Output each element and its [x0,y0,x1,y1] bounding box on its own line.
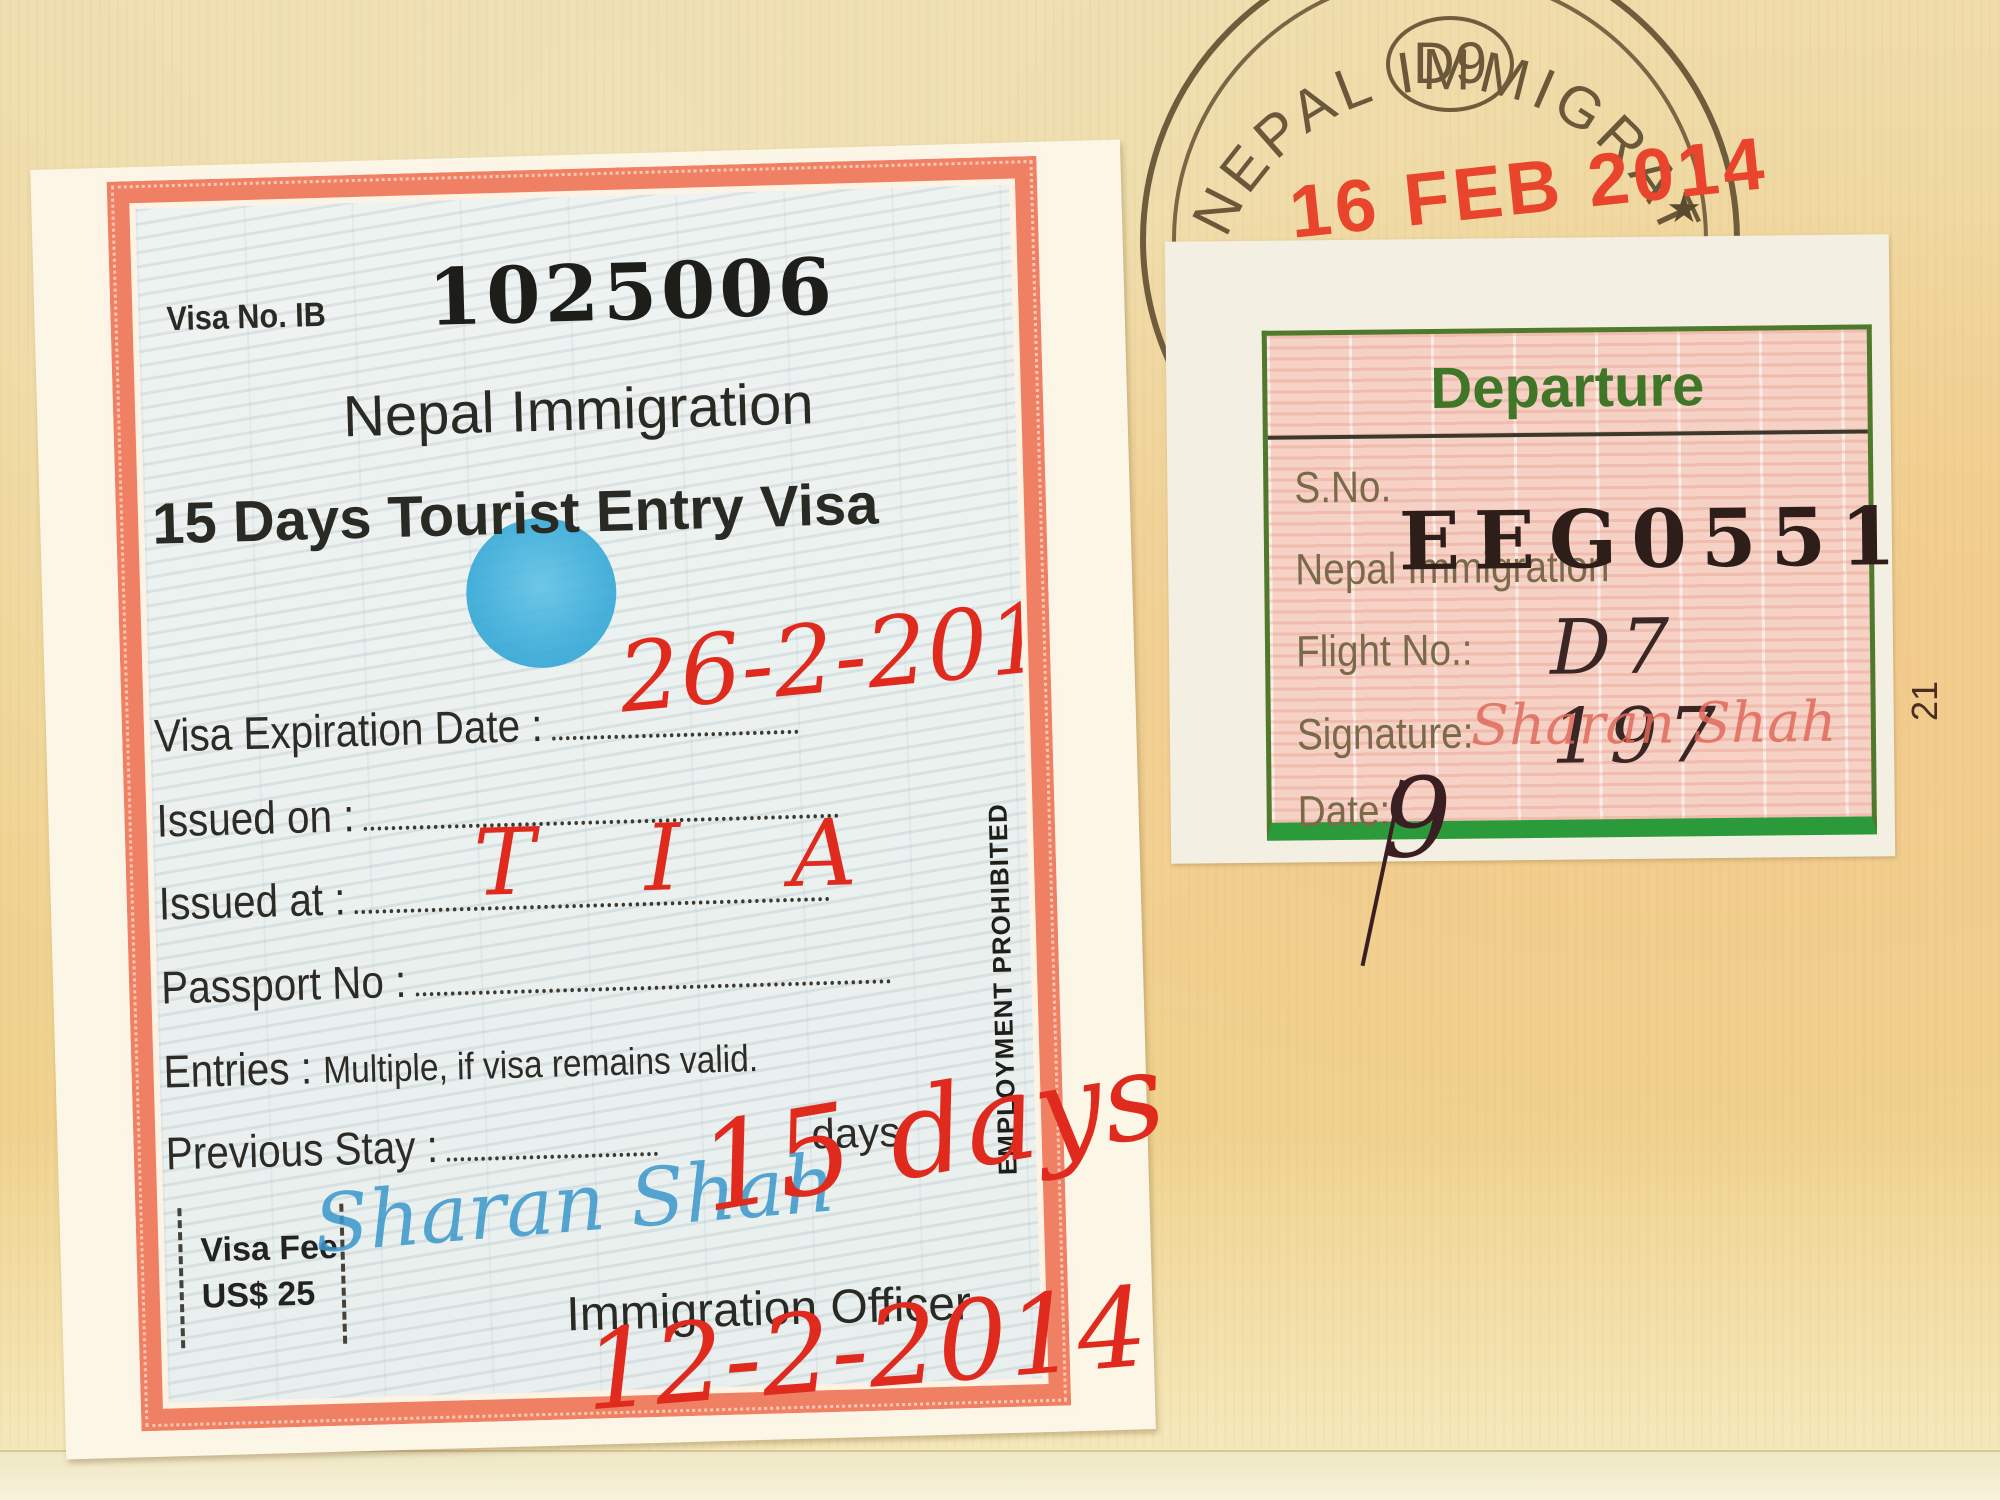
expiration-label: Visa Expiration Date : [153,699,543,762]
officer-signature: Sharan Shah [1471,690,1837,759]
entries-label: Entries : [163,1041,313,1097]
handwritten-expiry-date: 26-2-2014 [614,575,1043,735]
page-number: 21 [1904,681,1946,721]
departure-title: Departure [1267,339,1868,439]
page-bottom-edge [0,1450,2000,1500]
serial-label: S.No. [1294,462,1391,513]
flight-label: Flight No.: [1296,626,1473,678]
issued-on-label: Issued on : [156,789,355,847]
tourist-visa-sticker: Visa No. IB 1025006 Nepal Immigration 15… [28,58,1156,1460]
field-entries: Entries : Multiple, if visa remains vali… [163,1028,759,1099]
issued-at-label: Issued at : [158,872,346,929]
signature-label: Signature: [1297,709,1474,761]
visa-type: 15 Days Tourist Entry Visa [151,470,879,557]
visa-authority: Nepal Immigration [140,365,1016,456]
passport-label: Passport No : [160,955,407,1014]
visa-number-label: Visa No. IB [166,296,326,339]
stamp-code: D9 [1386,16,1514,112]
field-passport: Passport No : [160,940,890,1014]
dotted-line [415,971,890,996]
entries-value: Multiple, if visa remains valid. [323,1038,759,1092]
departure-stamp: Departure S.No. Nepal Immigration Flight… [1262,324,1877,840]
visa-fee-value: US$ 25 [201,1270,342,1320]
visa-card: Visa No. IB 1025006 Nepal Immigration 15… [107,156,1072,1431]
handwritten-issued-at: T I A [472,798,897,917]
date-label: Date: [1297,786,1390,837]
visa-body: Visa No. IB 1025006 Nepal Immigration 15… [135,185,1042,1403]
serial-number: EEG0551 [1398,489,1910,588]
visa-number: 1025006 [427,242,837,344]
departure-sticker: Departure S.No. Nepal Immigration Flight… [1165,234,1895,864]
